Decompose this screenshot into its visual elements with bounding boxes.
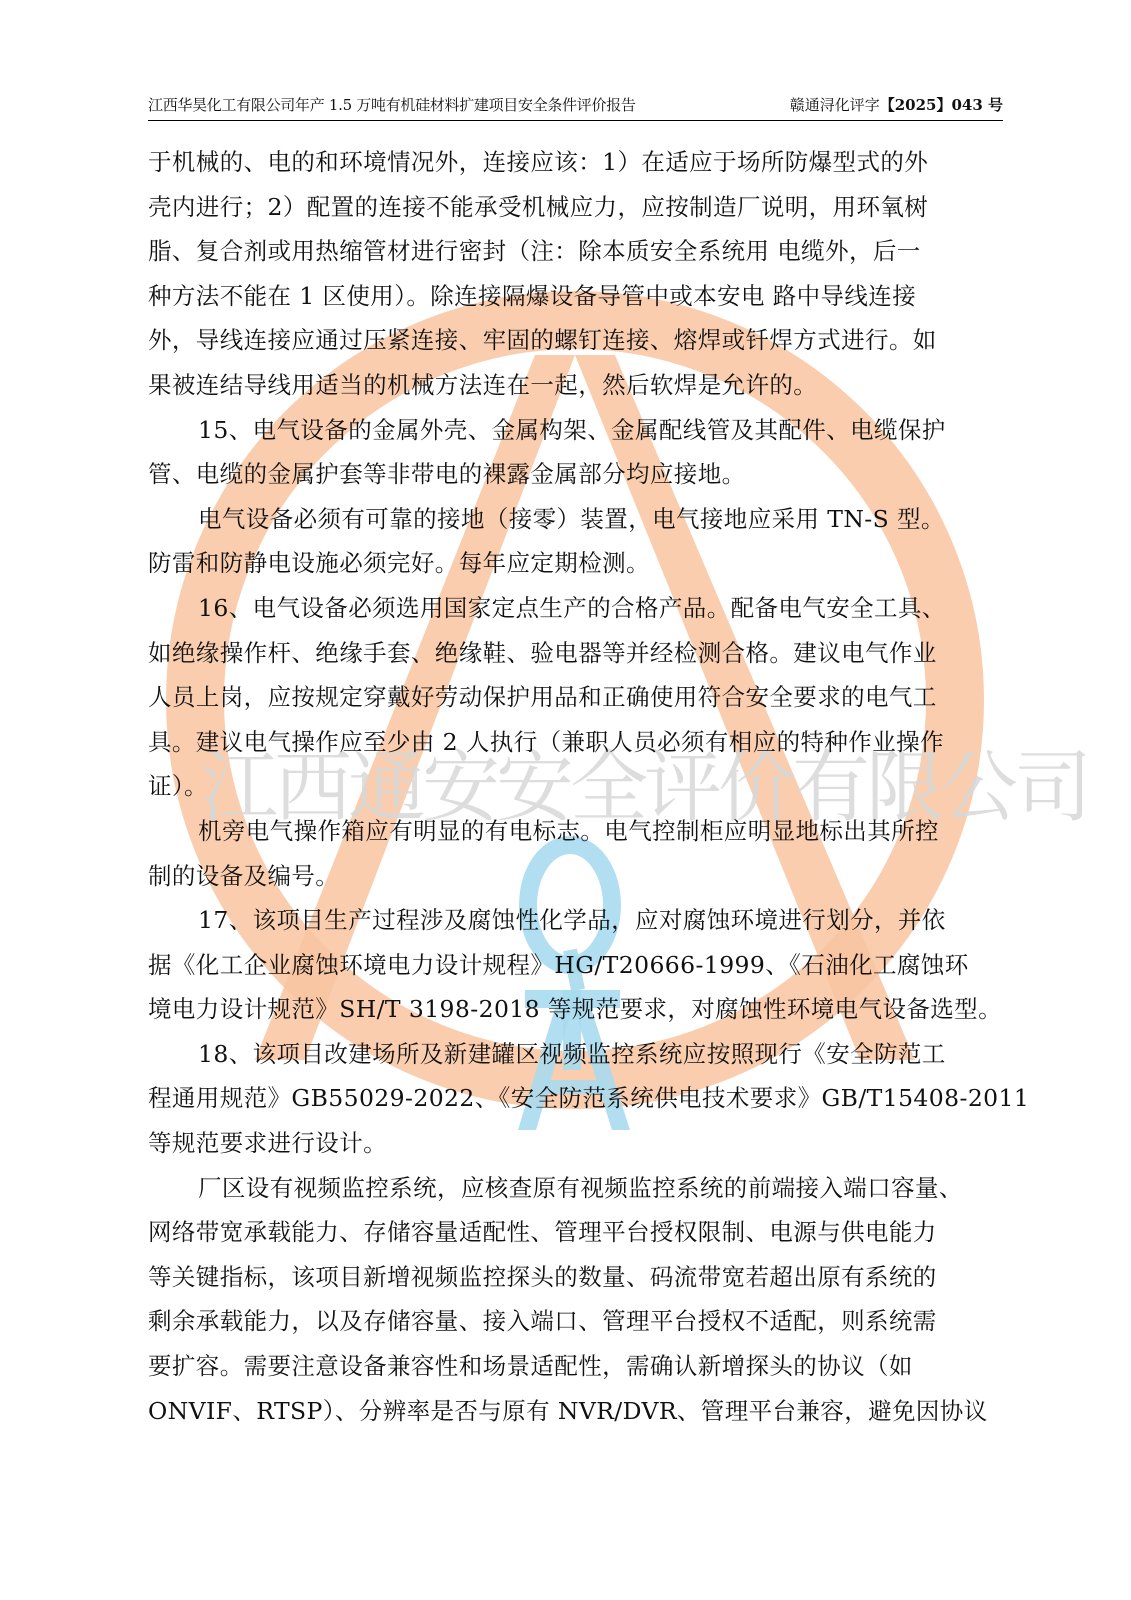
paragraph-18-start: 18、该项目改建场所及新建罐区视频监控系统应按照现行《安全防范工 [148, 1032, 1008, 1077]
paragraph-15-start: 15、电气设备的金属外壳、金属构架、金属配线管及其配件、电缆保护 [148, 408, 1008, 453]
report-number-prefix: 赣通浔化评字 [790, 96, 880, 114]
text-line: 制的设备及编号。 [148, 854, 1008, 899]
paragraph-17-start: 17、该项目生产过程涉及腐蚀性化学品，应对腐蚀环境进行划分，并依 [148, 898, 1008, 943]
text-line: 于机械的、电的和环境情况外，连接应该：1）在适应于场所防爆型式的外 [148, 140, 1008, 185]
text-line: 果被连结导线用适当的机械方法连在一起，然后软焊是允许的。 [148, 363, 1008, 408]
text-line: ONVIF、RTSP）、分辨率是否与原有 NVR/DVR、管理平台兼容，避免因协… [148, 1389, 1008, 1434]
text-line: 证）。 [148, 764, 1008, 809]
text-line: 外，导线连接应通过压紧连接、牢固的螺钉连接、熔焊或钎焊方式进行。如 [148, 318, 1008, 363]
page-header: 江西华昊化工有限公司年产 1.5 万吨有机硅材料扩建项目安全条件评价报告 赣通浔… [148, 92, 1003, 121]
text-line: 要扩容。需要注意设备兼容性和场景适配性，需确认新增探头的协议（如 [148, 1344, 1008, 1389]
paragraph-control-box-start: 机旁电气操作箱应有明显的有电标志。电气控制柜应明显地标出其所控 [148, 809, 1008, 854]
text-line: 网络带宽承载能力、存储容量适配性、管理平台授权限制、电源与供电能力 [148, 1210, 1008, 1255]
report-title: 江西华昊化工有限公司年产 1.5 万吨有机硅材料扩建项目安全条件评价报告 [148, 94, 636, 115]
text-line: 如绝缘操作杆、绝缘手套、绝缘鞋、验电器等并经检测合格。建议电气作业 [148, 631, 1008, 676]
text-line: 人员上岗，应按规定穿戴好劳动保护用品和正确使用符合安全要求的电气工 [148, 675, 1008, 720]
text-line: 种方法不能在 1 区使用）。除连接隔爆设备导管中或本安电 路中导线连接 [148, 274, 1008, 319]
report-number-year: 【2025】 [880, 96, 952, 114]
paragraph-grounding-start: 电气设备必须有可靠的接地（接零）装置，电气接地应采用 TN-S 型。 [148, 497, 1008, 542]
text-line: 据《化工企业腐蚀环境电力设计规程》HG/T20666-1999、《石油化工腐蚀环 [148, 943, 1008, 988]
paragraph-video-monitoring-start: 厂区设有视频监控系统，应核查原有视频监控系统的前端接入端口容量、 [148, 1166, 1008, 1211]
text-line: 程通用规范》GB55029-2022、《安全防范系统供电技术要求》GB/T154… [148, 1076, 1008, 1121]
report-number: 赣通浔化评字【2025】043 号 [790, 94, 1003, 115]
text-line: 具。建议电气操作应至少由 2 人执行（兼职人员必须有相应的特种作业操作 [148, 720, 1008, 765]
text-line: 脂、复合剂或用热缩管材进行密封（注：除本质安全系统用 电缆外，后一 [148, 229, 1008, 274]
text-line: 管、电缆的金属护套等非带电的裸露金属部分均应接地。 [148, 452, 1008, 497]
text-line: 壳内进行；2）配置的连接不能承受机械应力，应按制造厂说明，用环氧树 [148, 185, 1008, 230]
text-line: 境电力设计规范》SH/T 3198-2018 等规范要求，对腐蚀性环境电气设备选… [148, 987, 1008, 1032]
paragraph-16-start: 16、电气设备必须选用国家定点生产的合格产品。配备电气安全工具、 [148, 586, 1008, 631]
text-line: 等规范要求进行设计。 [148, 1121, 1008, 1166]
text-line: 等关键指标，该项目新增视频监控探头的数量、码流带宽若超出原有系统的 [148, 1255, 1008, 1300]
body-text: 于机械的、电的和环境情况外，连接应该：1）在适应于场所防爆型式的外 壳内进行；2… [148, 140, 1008, 1433]
document-page: 江西通安安全评价有限公司 江西华昊化工有限公司年产 1.5 万吨有机硅材料扩建项… [0, 0, 1131, 1600]
text-line: 剩余承载能力，以及存储容量、接入端口、管理平台授权不适配，则系统需 [148, 1299, 1008, 1344]
report-number-suffix: 043 号 [951, 96, 1003, 114]
text-line: 防雷和防静电设施必须完好。每年应定期检测。 [148, 541, 1008, 586]
